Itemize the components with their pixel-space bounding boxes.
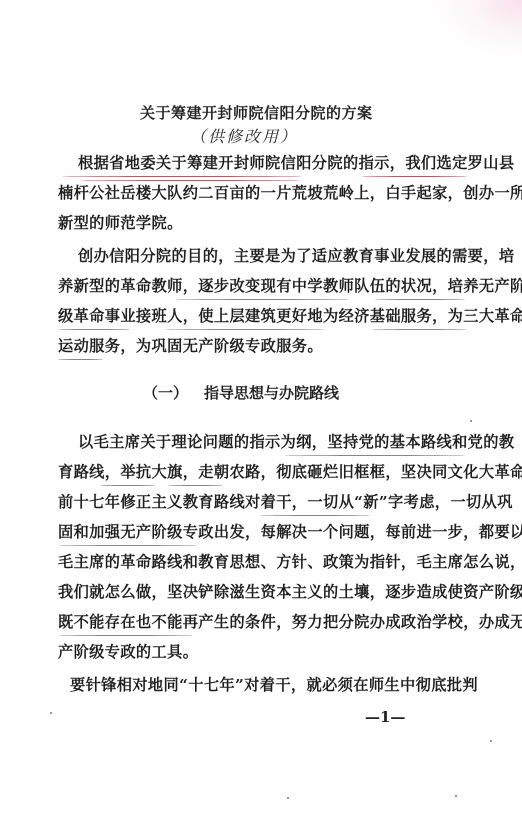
ink-underline (375, 299, 465, 300)
red-underline (362, 176, 467, 177)
corner-stain (432, 0, 522, 60)
document-subtitle-handwritten: （供修改用） (190, 124, 298, 147)
section-paragraph-1-line-5: 毛主席的革命路线和教育思想、方针、政策为指针，毛主席怎么说， (58, 552, 468, 572)
ink-underline (372, 329, 467, 330)
ink-underline (58, 329, 130, 330)
ink-underline (58, 635, 193, 636)
page-number: —1— (365, 708, 405, 726)
scan-speck (287, 797, 289, 799)
ink-underline (168, 485, 223, 486)
ink-underline (165, 329, 325, 330)
paragraph-2-line-1: 创办信阳分院的目的，主要是为了适应教育事业发展的需要，培 (78, 246, 468, 266)
section-number: （一） (143, 384, 188, 402)
section-paragraph-1-line-2: 育路线，举抗大旗，走朝农路，彻底砸烂旧框框，坚决同文化大革命 (58, 462, 468, 482)
ink-underline (58, 545, 198, 546)
section-paragraph-1-line-6: 我们就怎么做，坚决铲除滋生资本主义的土壤，逐步造成使资产阶级 (58, 582, 468, 602)
section-paragraph-1-line-8: 产阶级专政的工具。 (58, 642, 468, 662)
section-heading-text: 指导思想与办院路线 (204, 384, 339, 402)
scanned-document-page: 关于筹建开封师院信阳分院的方案 （供修改用） 根据省地委关于筹建开封师院信阳分院… (0, 0, 522, 816)
ink-underline (260, 515, 370, 516)
section-paragraph-1-line-1: 以毛主席关于理论问题的指示为纲，坚持党的基本路线和党的教 (78, 432, 468, 452)
paragraph-1-line-1: 根据省地委关于筹建开封师院信阳分院的指示，我们选定罗山县 (78, 153, 468, 173)
ink-underline (175, 299, 350, 300)
scan-speck (470, 420, 472, 422)
paragraph-1-line-3: 新型的师范学院。 (58, 213, 468, 233)
section-paragraph-1-line-4: 固和加强无产阶级专政出发，每解决一个问题，每前进一步，都要以 (58, 522, 468, 542)
ink-underline (100, 485, 155, 486)
section-paragraph-1-line-7: 既不能存在也不能再产生的条件，努力把分院办成政治学校，办成无 (58, 612, 468, 632)
paragraph-1-line-2: 楠杆公社岳楼大队约二百亩的一片荒坡荒岭上，白手起家，创办一所 (58, 183, 468, 203)
paragraph-2-line-4: 运动服务，为巩固无产阶级专政服务。 (58, 336, 468, 356)
red-underline (62, 176, 302, 177)
section-paragraph-1-line-3: 前十七年修正主义教育路线对着干，一切从“新”字考虑，一切从巩 (58, 492, 468, 512)
scan-speck (50, 712, 52, 714)
ink-underline (58, 359, 103, 360)
paragraph-2-line-2: 养新型的革命教师，逐步改变现有中学教师队伍的状况，培养无产阶 (58, 276, 468, 296)
section-heading: （一）指导思想与办院路线 (143, 382, 339, 403)
scan-speck (490, 740, 492, 742)
scan-speck (455, 795, 457, 797)
ink-underline (285, 455, 465, 456)
document-title: 关于筹建开封师院信阳分院的方案 (140, 102, 373, 123)
section-paragraph-2-line-1: 要针锋相对地同“十七年”对着干，就必须在师生中彻底批判 (70, 675, 460, 695)
red-underline (80, 180, 300, 181)
paragraph-2-line-3: 级革命事业接班人，使上层建筑更好地为经济基础服务，为三大革命 (58, 306, 468, 326)
